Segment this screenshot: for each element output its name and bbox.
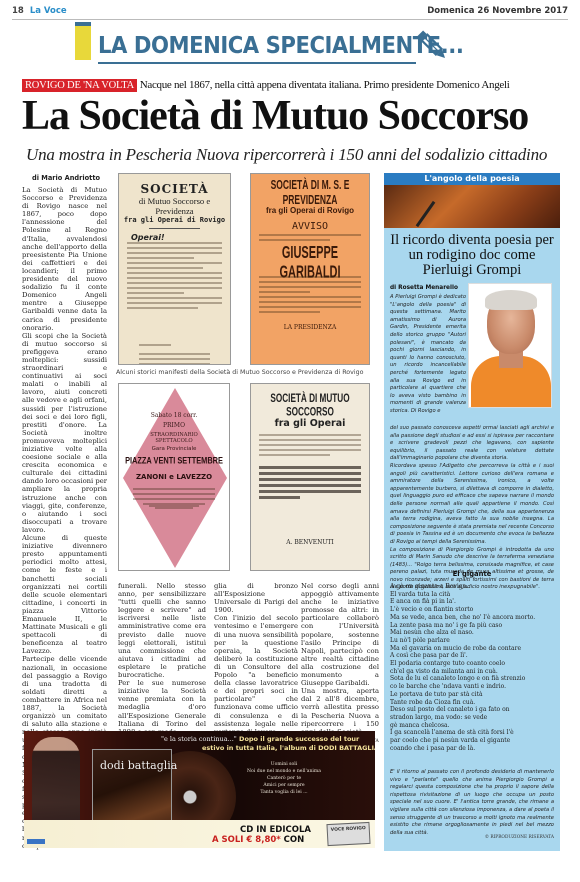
ad-line-1: Dopo il grande successo del tour: [239, 735, 359, 743]
section-title-underline: [98, 62, 416, 64]
poster-heading: Operai!: [131, 233, 230, 242]
poem-line: E anca on fià pi in la'.: [390, 598, 556, 606]
ad-track: Tanta voglia di lei ...: [234, 789, 334, 796]
subheadline: Una mostra in Pescheria Nuova ripercorre…: [26, 145, 566, 165]
sidebar-title: Il ricordo diventa poesia per un rodigin…: [384, 233, 560, 278]
ad-label-logo: [27, 839, 45, 844]
poster-subtitle: fra gli Operai di Rovigo: [251, 206, 369, 215]
poem-line: Sota de lu el canaleto longo e on fià st…: [390, 675, 556, 683]
poster-signature: A. BENVENUTI: [251, 539, 369, 546]
poster-body-text: [133, 488, 215, 509]
ad-album-title: dodi battaglia: [100, 759, 177, 772]
poster-footer: LA PRESIDENZA: [251, 324, 369, 331]
poster-subtitle: di Mutuo Soccorso e Previdenza: [119, 196, 230, 216]
poster-line: STRAORDINARIO SPETTACOLO: [133, 432, 215, 444]
sidebar-header: L'angolo della poesia: [384, 173, 560, 185]
poem-title: El gigante: [384, 570, 560, 578]
paragraph: del suo passato conosceva aspetti ormai …: [390, 425, 554, 463]
poem-line: gè manca chelcosa.: [390, 722, 556, 730]
poster-line: Sabato 18 corr.: [119, 412, 229, 419]
ad-track: Canterò per te: [234, 775, 334, 782]
sidebar-outro: E' il ritorno al passato con il profondo…: [390, 769, 554, 837]
ad-quote: "e la storia continua...": [161, 735, 237, 743]
paragraph: Ricordava spesso l'Adigetto che percorre…: [390, 463, 554, 547]
ad-cta-line-2: A SOLI € 8,80* CON: [212, 835, 304, 845]
poem-line: stradon largo, ma vodo: se vede: [390, 714, 556, 722]
newspaper-name[interactable]: La Voce: [30, 6, 67, 16]
poetry-sidebar: L'angolo della poesia Il ricordo diventa…: [384, 173, 560, 851]
poem-line: Ma se vede, anca ben, che no' l'è ancora…: [390, 614, 556, 622]
poem-line: ch'el ga visto da milanta ani in cuà.: [390, 668, 556, 676]
article-column-3: glia di bronzo all'Esposizione Universal…: [214, 582, 298, 736]
headline: La Società di Mutuo Soccorso: [22, 94, 562, 138]
poem-line: Deso sul posto del canaleto i ga fato on: [390, 706, 556, 714]
page-header: 18 La Voce Domenica 26 Novembre 2017: [12, 6, 568, 20]
ad-cta-line-1: CD IN EDICOLA: [240, 825, 311, 835]
poem-line: Lu nò'l pòle parlare: [390, 637, 556, 645]
poster-line: fra gli Operai di Rovigo: [119, 216, 230, 224]
section-accent-bar: [75, 22, 91, 60]
ad-track: Noi due nel mondo e nell'anima: [234, 768, 334, 775]
pencil-icon: [415, 28, 451, 68]
poster-signatures: [139, 334, 210, 365]
sidebar-copyright: © RIPRODUZIONE RISERVATA: [485, 835, 554, 840]
poem-line: El varda tuta la cità: [390, 591, 556, 599]
writing-hand-photo: [384, 185, 560, 228]
ad-tracklist: Uomini soli Noi due nel mondo e nell'ani…: [234, 761, 334, 796]
fountain-pen-icon: [416, 201, 436, 227]
poem-line: La zente pasa ma no' i ge fa più caso: [390, 622, 556, 630]
ad-newspaper-logo: VOCE ROVIGO: [326, 822, 370, 846]
section-title: LA DOMENICA SPECIALMENTE...: [98, 33, 463, 59]
kicker-tag: ROVIGO DE 'NA VOLTA: [22, 79, 137, 92]
poster-body-text: [259, 276, 361, 316]
poster-image-operai[interactable]: SOCIETÀ di Mutuo Soccorso e Previdenza f…: [118, 173, 231, 365]
poster-heading: AVVISO: [251, 221, 369, 232]
paragraph: La Società di Mutuo Soccorso e Previdenz…: [22, 186, 107, 332]
poster-image-garibaldi[interactable]: SOCIETÀ DI M. S. E PREVIDENZA fra gli Op…: [250, 173, 370, 365]
poster-image-spettacolo[interactable]: Sabato 18 corr. PRIMO STRAORDINARIO SPET…: [118, 383, 230, 571]
article-column-2: funerali. Nello stesso anno, per sensibi…: [118, 582, 206, 736]
poster-line: PRIMO: [119, 422, 229, 429]
poster-body-text: [259, 434, 361, 459]
ad-headline-1: "e la storia continua..." Dopo il grande…: [161, 735, 359, 743]
paragraph: Alcune di queste iniziative divennero pr…: [22, 534, 107, 655]
ad-track: Amici per sempre: [234, 782, 334, 789]
poster-image-mutuo-soccorso[interactable]: SOCIETÀ DI MUTUO SOCCORSO fra gli Operai…: [250, 383, 370, 571]
paragraph: Una mostra, aperta dal 2 all'8 dicembre,…: [301, 687, 379, 736]
poem-line: El podaria contarge tuto coanto coelo: [390, 660, 556, 668]
poem-line: A così che pasa par de lì'.: [390, 652, 556, 660]
advertisement-dodi-battaglia[interactable]: dodi battaglia "e la storia continua..."…: [24, 731, 375, 848]
paragraph: glia di bronzo all'Esposizione Universal…: [214, 582, 298, 614]
poem-line: par coelo che pi nesùn varda el gigante: [390, 737, 556, 745]
poster-line: Gara Provinciale: [119, 446, 229, 452]
poem-line: L'è vecio e on fiantin storto: [390, 606, 556, 614]
poster-title: SOCIETÀ DI MUTUO SOCCORSO: [251, 392, 369, 419]
poem-line: Ma el gavaria on mucio de robe da contar…: [390, 645, 556, 653]
paragraph: Gli scopi che la Società di mutuo soccor…: [22, 332, 107, 534]
ad-track: Uomini soli: [234, 761, 334, 768]
paragraph: Nel corso degli anni appoggiò attivament…: [301, 582, 379, 687]
sidebar-intro: A Pierluigi Grompi è dedicato "L'angolo …: [390, 294, 466, 416]
kicker: ROVIGO DE 'NA VOLTA Nacque nel 1867, nel…: [22, 79, 510, 93]
article-column-4: Nel corso degli anni appoggiò attivament…: [301, 582, 379, 746]
poster-title: SOCIETÀ DI M. S. E PREVIDENZA: [251, 177, 369, 207]
paragraph: Per le sue numerose iniziative la Societ…: [118, 679, 206, 736]
poem-line: Mai nesùn che alza el naso.: [390, 629, 556, 637]
sidebar-body: del suo passato conosceva aspetti ormai …: [390, 425, 554, 592]
poster-body-text: [259, 234, 361, 244]
ad-line-2: estivo in tutta Italia, l'album di DODI …: [202, 744, 375, 752]
poster-heading: PIAZZA VENTI SETTEMBRE: [121, 455, 227, 467]
portrait-photo-pierluigi-grompi[interactable]: [468, 283, 552, 408]
page-number: 18: [12, 6, 24, 16]
issue-date: Domenica 26 Novembre 2017: [427, 6, 568, 16]
poem-line: A gè on gigante a Rovigo.: [390, 583, 556, 591]
poster-title: SOCIETÀ: [119, 182, 230, 196]
poster-body-text-bold: [259, 466, 361, 502]
paragraph: funerali. Nello stesso anno, per sensibi…: [118, 582, 206, 679]
poem-line: I ga scancelà l'anema de stà cità forsi …: [390, 729, 556, 737]
paragraph: Con l'inizio del secolo ventesimo e l'em…: [214, 614, 298, 735]
article-byline: di Mario Andriotto: [32, 174, 100, 182]
poem-line: coando che i pasa par de là.: [390, 745, 556, 753]
poem: A gè on gigante a Rovigo. El varda tuta …: [390, 583, 556, 752]
poem-line: Le portava de tuto par stà cità: [390, 691, 556, 699]
poem-line: co le barche che 'ndava vanti e indrio.: [390, 683, 556, 691]
poster-name: ZANONI e LAVEZZO: [119, 473, 229, 481]
poster-body-text: [127, 242, 222, 312]
poster-subtitle: fra gli Operai: [251, 418, 369, 429]
ad-price: A SOLI € 8,80*: [212, 835, 281, 845]
kicker-text: Nacque nel 1867, nella città appena dive…: [140, 79, 510, 91]
ad-bottom-band: [24, 820, 375, 848]
sidebar-byline: di Rosetta Menarello: [390, 285, 458, 291]
poem-line: Tante robe da Cioza fin cuà.: [390, 699, 556, 707]
image-caption: Alcuni storici manifesti della Società d…: [116, 369, 363, 376]
